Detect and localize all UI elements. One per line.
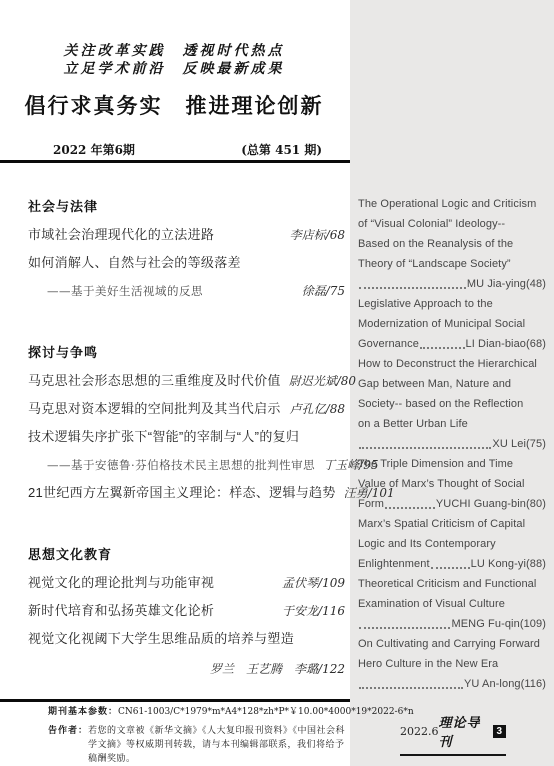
english-entry-text: Theory of “Landscape Society”	[358, 255, 511, 273]
english-entry-author-page: LU Kong-yi(88)	[471, 555, 546, 573]
english-entry-author-page: YUCHI Guang-bin(80)	[436, 495, 546, 513]
english-toc-line: Theory of “Landscape Society”	[358, 253, 546, 273]
issue-total-number: (总第 451 期)	[241, 143, 322, 157]
article-title: 市域社会治理现代化的立法进路	[28, 226, 214, 244]
journal-toc-page: 关注改革实践 透视时代热点 立足学术前沿 反映最新成果 倡行求真务实 推进理论创…	[0, 0, 554, 766]
english-toc-line: Theoretical Criticism and Functional	[358, 573, 546, 593]
dot-leader	[359, 687, 463, 689]
article-title: 如何消解人、自然与社会的等级落差	[28, 254, 241, 272]
article-author-page: 李店标/68	[290, 226, 345, 244]
dot-leader	[385, 507, 435, 509]
article-row: 视觉文化的理论批判与功能审视孟伏琴/109	[28, 574, 345, 592]
article-row: 马克思社会形态思想的三重维度及时代价值尉迟光斌/80	[28, 372, 345, 390]
english-entry-text: Gap between Man, Nature and	[358, 375, 511, 393]
article-subtitle-row: ——基于安德鲁·芬伯格技术民主思想的批判性审思丁玉峰/95	[28, 456, 345, 474]
dot-leader	[359, 447, 491, 449]
article-authors-line: 罗兰 王艺腾 李璐/122	[36, 660, 345, 678]
journal-parameters-line: 期刊基本参数：CN61-1003/C*1979*m*A4*128*zh*P*￥1…	[48, 706, 350, 719]
notice-label: 告作者：	[48, 726, 88, 736]
article-row: 新时代培育和弘扬英雄文化论析于安龙/116	[28, 602, 345, 620]
english-entry-text: on a Better Urban Life	[358, 415, 468, 433]
article-row: 如何消解人、自然与社会的等级落差	[28, 254, 345, 272]
english-toc-line: On Cultivating and Carrying Forward	[358, 633, 546, 653]
english-toc-line: XU Lei(75)	[358, 433, 546, 453]
english-entry-text: Hero Culture in the New Era	[358, 655, 498, 673]
params-label: 期刊基本参数：	[48, 707, 118, 717]
slogan-line-2: 立足学术前沿 反映最新成果	[0, 60, 348, 78]
section-heading: 思想文化教育	[28, 546, 345, 564]
article-author-page: 于安龙/116	[282, 602, 345, 620]
article-row: 马克思对资本逻辑的空间批判及其当代启示卢孔亿/88	[28, 400, 345, 418]
dot-leader	[420, 347, 465, 349]
english-entry-text: Examination of Visual Culture	[358, 595, 505, 613]
issue-number: 2022 年第6期	[53, 143, 135, 157]
article-row: 市域社会治理现代化的立法进路李店标/68	[28, 226, 345, 244]
english-toc-line: Examination of Visual Culture	[358, 593, 546, 613]
english-toc-line: How to Deconstruct the Hierarchical	[358, 353, 546, 373]
article-title: 新时代培育和弘扬英雄文化论析	[28, 602, 214, 620]
article-author-page: 卢孔亿/88	[290, 400, 345, 418]
english-entry-text: Form	[358, 495, 384, 513]
english-toc-line: MU Jia-ying(48)	[358, 273, 546, 293]
english-entry-text: Value of Marx’s Thought of Social	[358, 475, 525, 493]
english-entry-text: Based on the Reanalysis of the	[358, 235, 513, 253]
english-toc-line: Legislative Approach to the	[358, 293, 546, 313]
top-divider-rule	[0, 160, 350, 163]
folio-page-number: 3	[493, 725, 507, 738]
journal-motto: 倡行求真务实 推进理论创新	[0, 94, 348, 120]
params-value: CN61-1003/C*1979*m*A4*128*zh*P*￥10.00*40…	[118, 707, 414, 717]
english-toc-line: Gap between Man, Nature and	[358, 373, 546, 393]
english-entry-author-page: LI Dian-biao(68)	[466, 335, 546, 353]
english-entry-text: The Operational Logic and Criticism	[358, 195, 536, 213]
english-toc-line: FormYUCHI Guang-bin(80)	[358, 493, 546, 513]
english-entry-text: On Cultivating and Carrying Forward	[358, 635, 540, 653]
english-entry-author-page: MU Jia-ying(48)	[467, 275, 546, 293]
article-row: 技术逻辑失序扩张下“智能”的宰制与“人”的复归	[28, 428, 345, 446]
dot-leader	[431, 567, 470, 569]
english-toc-line: Society-- based on the Reflection	[358, 393, 546, 413]
page-folio: 2022.6 理论导刊 3	[400, 712, 506, 756]
english-toc-line: on a Better Urban Life	[358, 413, 546, 433]
english-entry-author-page: MENG Fu-qin(109)	[451, 615, 546, 633]
english-toc-line: The Operational Logic and Criticism	[358, 193, 546, 213]
masthead: 关注改革实践 透视时代热点 立足学术前沿 反映最新成果 倡行求真务实 推进理论创…	[0, 0, 348, 157]
english-entry-text: Theoretical Criticism and Functional	[358, 575, 536, 593]
english-toc-line: Marx’s Spatial Criticism of Capital	[358, 513, 546, 533]
english-toc-line: of “Visual Colonial” Ideology--	[358, 213, 546, 233]
article-title: 技术逻辑失序扩张下“智能”的宰制与“人”的复归	[28, 428, 299, 446]
article-title: 视觉文化视阈下大学生思维品质的培养与塑造	[28, 630, 294, 648]
article-subtitle: ——基于美好生活视域的反思	[47, 282, 203, 300]
english-entry-text: The Triple Dimension and Time	[358, 455, 513, 473]
english-entry-text: Enlightenment	[358, 555, 430, 573]
chinese-toc: 社会与法律市域社会治理现代化的立法进路李店标/68如何消解人、自然与社会的等级落…	[28, 198, 345, 678]
english-entry-text: Legislative Approach to the	[358, 295, 493, 313]
english-toc-line: Logic and Its Contemporary	[358, 533, 546, 553]
english-toc-line: EnlightenmentLU Kong-yi(88)	[358, 553, 546, 573]
english-entry-text: Modernization of Municipal Social	[358, 315, 525, 333]
article-author-page: 孟伏琴/109	[282, 574, 345, 592]
english-entry-author-page: XU Lei(75)	[492, 435, 546, 453]
dot-leader	[359, 627, 450, 629]
english-toc-line: Value of Marx’s Thought of Social	[358, 473, 546, 493]
english-entry-author-page: YU An-long(116)	[464, 675, 546, 693]
folio-date: 2022.6	[400, 725, 439, 738]
authors-notice: 告作者：若您的文章被《新华文摘》《人大复印报刊资料》《中国社会科学文摘》等权威期…	[48, 724, 350, 766]
article-title: 视觉文化的理论批判与功能审视	[28, 574, 214, 592]
article-title: 马克思社会形态思想的三重维度及时代价值	[28, 372, 281, 390]
english-entry-text: Society-- based on the Reflection	[358, 395, 523, 413]
article-title: 马克思对资本逻辑的空间批判及其当代启示	[28, 400, 281, 418]
english-toc-line: GovernanceLI Dian-biao(68)	[358, 333, 546, 353]
folio-journal-name: 理论导刊	[439, 712, 493, 750]
english-toc-line: Modernization of Municipal Social	[358, 313, 546, 333]
english-toc-line: Hero Culture in the New Era	[358, 653, 546, 673]
english-entry-text: Governance	[358, 335, 419, 353]
dot-leader	[359, 287, 466, 289]
article-subtitle-row: ——基于美好生活视域的反思徐磊/75	[28, 282, 345, 300]
english-entry-text: Logic and Its Contemporary	[358, 535, 496, 553]
article-title: 21世纪西方左翼新帝国主义理论：样态、逻辑与趋势	[28, 484, 336, 502]
article-author-page: 尉迟光斌/80	[289, 372, 356, 390]
article-subtitle: ——基于安德鲁·芬伯格技术民主思想的批判性审思	[47, 456, 315, 474]
english-toc-line: YU An-long(116)	[358, 673, 546, 693]
english-entry-text: Marx’s Spatial Criticism of Capital	[358, 515, 525, 533]
english-toc: The Operational Logic and Criticismof “V…	[358, 193, 546, 693]
article-row: 视觉文化视阈下大学生思维品质的培养与塑造	[28, 630, 345, 648]
notice-text: 若您的文章被《新华文摘》《人大复印报刊资料》《中国社会科学文摘》等权威期刊转载，…	[88, 726, 345, 764]
english-toc-line: Based on the Reanalysis of the	[358, 233, 546, 253]
bottom-divider-rule	[0, 699, 350, 702]
slogan-line-1: 关注改革实践 透视时代热点	[0, 42, 348, 60]
english-entry-text: How to Deconstruct the Hierarchical	[358, 355, 537, 373]
english-toc-line: MENG Fu-qin(109)	[358, 613, 546, 633]
article-row: 21世纪西方左翼新帝国主义理论：样态、逻辑与趋势汪勇/101	[28, 484, 345, 502]
english-entry-text: of “Visual Colonial” Ideology--	[358, 215, 505, 233]
english-toc-line: The Triple Dimension and Time	[358, 453, 546, 473]
journal-parameters: 期刊基本参数：CN61-1003/C*1979*m*A4*128*zh*P*￥1…	[48, 706, 350, 766]
article-author-page: 徐磊/75	[302, 282, 345, 300]
section-heading: 社会与法律	[28, 198, 345, 216]
issue-row: 2022 年第6期 (总第 451 期)	[0, 143, 348, 157]
section-heading: 探讨与争鸣	[28, 344, 345, 362]
